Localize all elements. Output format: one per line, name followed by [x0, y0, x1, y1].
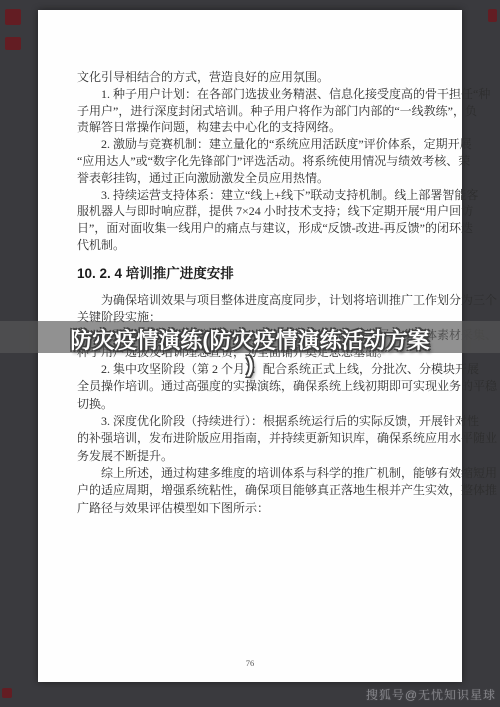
text-line: 2. 激励与竞赛机制：建立量化的“系统应用活跃度”评价体系，定期开展 [77, 136, 425, 153]
text-line: 务发展不断提升。 [77, 448, 425, 465]
text-line: 文化引导相结合的方式，营造良好的应用氛围。 [77, 69, 425, 86]
body-paragraphs-top: 文化引导相结合的方式，营造良好的应用氛围。 1. 种子用户计划：在各部门选拔业务… [77, 69, 425, 254]
text-line: 子用户”，进行深度封闭式培训。种子用户将作为部门内部的“一线教练”，负 [77, 103, 425, 120]
corner-mark-top-left-1 [5, 9, 21, 25]
section-heading: 10. 2. 4 培训推广进度安排 [77, 262, 425, 282]
page-number: 76 [38, 658, 462, 668]
corner-mark-top-left-2 [5, 37, 21, 50]
text-line: 广路径与效果评估模型如下图所示： [77, 500, 425, 517]
text-line: 3. 深度优化阶段（持续进行）：根据系统运行后的实际反馈，开展针对性 [77, 413, 425, 430]
text-line: 服机器人与即时响应群，提供 7×24 小时技术支持；线下定期开展“用户回访 [77, 203, 425, 220]
text-line: 3. 持续运营支持体系：建立“线上+线下”联动支持机制。线上部署智能客 [77, 187, 425, 204]
viewer-background: 文化引导相结合的方式，营造良好的应用氛围。 1. 种子用户计划：在各部门选拔业务… [0, 0, 500, 707]
text-line: “应用达人”或“数字化先锋部门”评选活动。将系统使用情况与绩效考核、荣 [77, 153, 425, 170]
text-line: 综上所述，通过构建多维度的培训体系与科学的推广机制，能够有效缩短用 [77, 465, 425, 482]
text-line: 为确保培训效果与项目整体进度高度同步，计划将培训推广工作划分为三个 [77, 292, 425, 309]
watermark-text: 搜狐号@无忧知识星球 [366, 686, 496, 703]
text-line: 全员操作培训。通过高强度的实操演练，确保系统上线初期即可实现业务的平稳 [77, 378, 425, 395]
text-line: 誉表彰挂钩，通过正向激励激发全员应用热情。 [77, 170, 425, 187]
overlay-title-line1: 防灾疫情演练(防灾疫情演练活动方案 [0, 324, 500, 355]
overlay-title-line2: ) [0, 352, 500, 378]
corner-mark-bottom-left [2, 688, 12, 698]
corner-mark-top-right [488, 9, 497, 22]
text-line: 代机制。 [77, 237, 425, 254]
text-line: 切换。 [77, 396, 425, 413]
text-line: 的补强培训，发布进阶版应用指南，并持续更新知识库，确保系统应用水平随业 [77, 430, 425, 447]
text-line: 日”，面对面收集一线用户的痛点与建议，形成“反馈-改进-再反馈”的闭环迭 [77, 220, 425, 237]
text-line: 户的适应周期，增强系统粘性，确保项目能够真正落地生根并产生实效，整体推 [77, 482, 425, 499]
text-line: 1. 种子用户计划：在各部门选拔业务精湛、信息化接受度高的骨干担任“种 [77, 86, 425, 103]
text-line: 责解答日常操作问题，构建去中心化的支持网络。 [77, 119, 425, 136]
